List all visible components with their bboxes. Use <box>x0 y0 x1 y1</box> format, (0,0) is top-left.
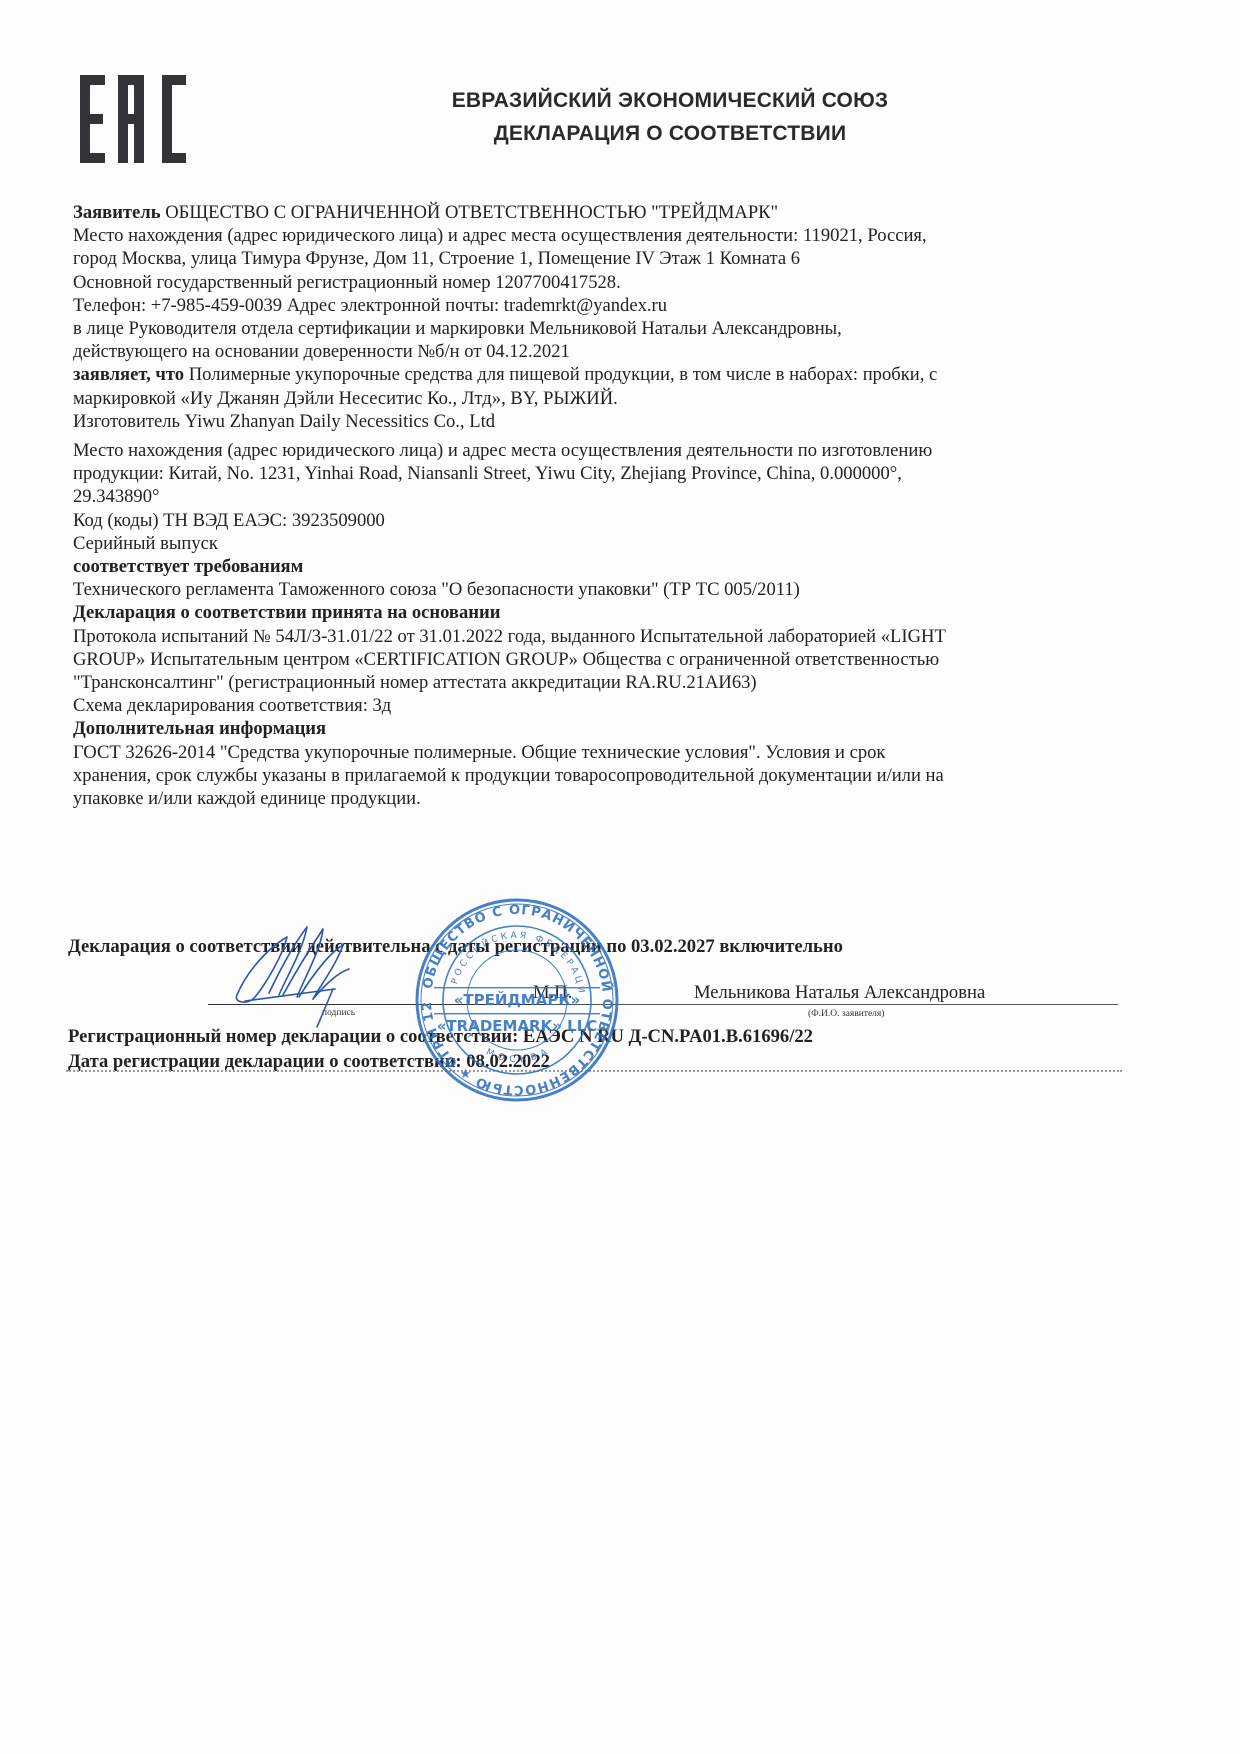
applicant-line: Заявитель ОБЩЕСТВО С ОГРАНИЧЕННОЙ ОТВЕТС… <box>73 201 1133 224</box>
seal-icon: ОБЩЕСТВО С ОГРАНИЧЕННОЙ ОТВЕТСТВЕННОСТЬЮ… <box>412 895 622 1105</box>
manufacturer-address-3: 29.343890° <box>73 485 1133 508</box>
product-marking: маркировкой «Иу Джанян Дэйли Несеситис К… <box>73 387 1133 410</box>
manufacturer-address-2: продукции: Китай, No. 1231, Yinhai Road,… <box>73 462 1133 485</box>
svg-text:г. МОСКВА: г. МОСКВА <box>464 1032 553 1065</box>
additional-heading-text: Дополнительная информация <box>73 718 326 739</box>
union-title: ЕВРАЗИЙСКИЙ ЭКОНОМИЧЕСКИЙ СОЮЗ <box>380 84 960 117</box>
applicant-address-1: Место нахождения (адрес юридического лиц… <box>73 224 1133 247</box>
manufacturer-address-1: Место нахождения (адрес юридического лиц… <box>73 439 1133 462</box>
test-protocol-2: GROUP» Испытательным центром «CERTIFICAT… <box>73 648 1133 671</box>
additional-heading: Дополнительная информация <box>73 717 1133 740</box>
handwritten-signature <box>225 915 365 1030</box>
test-protocol-3: "Трансконсалтинг" (регистрационный номер… <box>73 671 1133 694</box>
additional-info-3: упаковке и/или каждой единице продукции. <box>73 787 1133 810</box>
conformity-heading-text: соответствует требованиям <box>73 556 303 577</box>
test-protocol-1: Протокола испытаний № 54Л/3-31.01/22 от … <box>73 625 1133 648</box>
basis-heading: Декларация о соответствии принята на осн… <box>73 601 1133 624</box>
tn-ved-code: Код (коды) ТН ВЭД ЕАЭС: 3923509000 <box>73 509 1133 532</box>
representative-1: в лице Руководителя отдела сертификации … <box>73 317 1133 340</box>
declaration-title: ДЕКЛАРАЦИЯ О СООТВЕТСТВИИ <box>380 117 960 150</box>
eac-logo <box>78 73 190 165</box>
company-stamp: ОБЩЕСТВО С ОГРАНИЧЕННОЙ ОТВЕТСТВЕННОСТЬЮ… <box>412 895 622 1105</box>
applicant-name: ОБЩЕСТВО С ОГРАНИЧЕННОЙ ОТВЕТСТВЕННОСТЬЮ… <box>165 202 778 223</box>
declares-label: заявляет, что <box>73 364 184 385</box>
additional-info-1: ГОСТ 32626-2014 "Средства укупорочные по… <box>73 741 1133 764</box>
fio-line <box>548 1004 1118 1005</box>
basis-heading-text: Декларация о соответствии принята на осн… <box>73 602 500 623</box>
applicant-contacts: Телефон: +7-985-459-0039 Адрес электронн… <box>73 294 1133 317</box>
representative-2: действующего на основании доверенности №… <box>73 340 1133 363</box>
declares-line: заявляет, что Полимерные укупорочные сре… <box>73 363 1133 386</box>
manufacturer-name: Изготовитель Yiwu Zhanyan Daily Necessit… <box>73 410 1133 433</box>
svg-text:«ТРЕЙДМАРК»: «ТРЕЙДМАРК» <box>454 990 581 1009</box>
eac-mark-icon <box>78 73 190 165</box>
release-type: Серийный выпуск <box>73 532 1133 555</box>
product-description: Полимерные укупорочные средства для пище… <box>189 364 938 385</box>
conformity-heading: соответствует требованиям <box>73 555 1133 578</box>
declaration-body: Заявитель ОБЩЕСТВО С ОГРАНИЧЕННОЙ ОТВЕТС… <box>73 201 1133 810</box>
additional-info-2: хранения, срок службы указаны в прилагае… <box>73 764 1133 787</box>
declaration-page: ЕВРАЗИЙСКИЙ ЭКОНОМИЧЕСКИЙ СОЮЗ ДЕКЛАРАЦИ… <box>0 0 1240 1754</box>
applicant-fio: Мельникова Наталья Александровна <box>694 982 985 1004</box>
applicant-label: Заявитель <box>73 202 161 223</box>
document-heading: ЕВРАЗИЙСКИЙ ЭКОНОМИЧЕСКИЙ СОЮЗ ДЕКЛАРАЦИ… <box>380 84 960 150</box>
signature-scribble-icon <box>225 915 365 1030</box>
applicant-address-2: город Москва, улица Тимура Фрунзе, Дом 1… <box>73 247 1133 270</box>
svg-text:«TRADEMARK» LLC: «TRADEMARK» LLC <box>437 1017 598 1035</box>
applicant-ogrn: Основной государственный регистрационный… <box>73 271 1133 294</box>
technical-regulation: Технического регламента Таможенного союз… <box>73 578 1133 601</box>
declaration-scheme: Схема декларирования соответствия: 3д <box>73 694 1133 717</box>
fio-caption: (Ф.И.О. заявителя) <box>808 1009 884 1019</box>
